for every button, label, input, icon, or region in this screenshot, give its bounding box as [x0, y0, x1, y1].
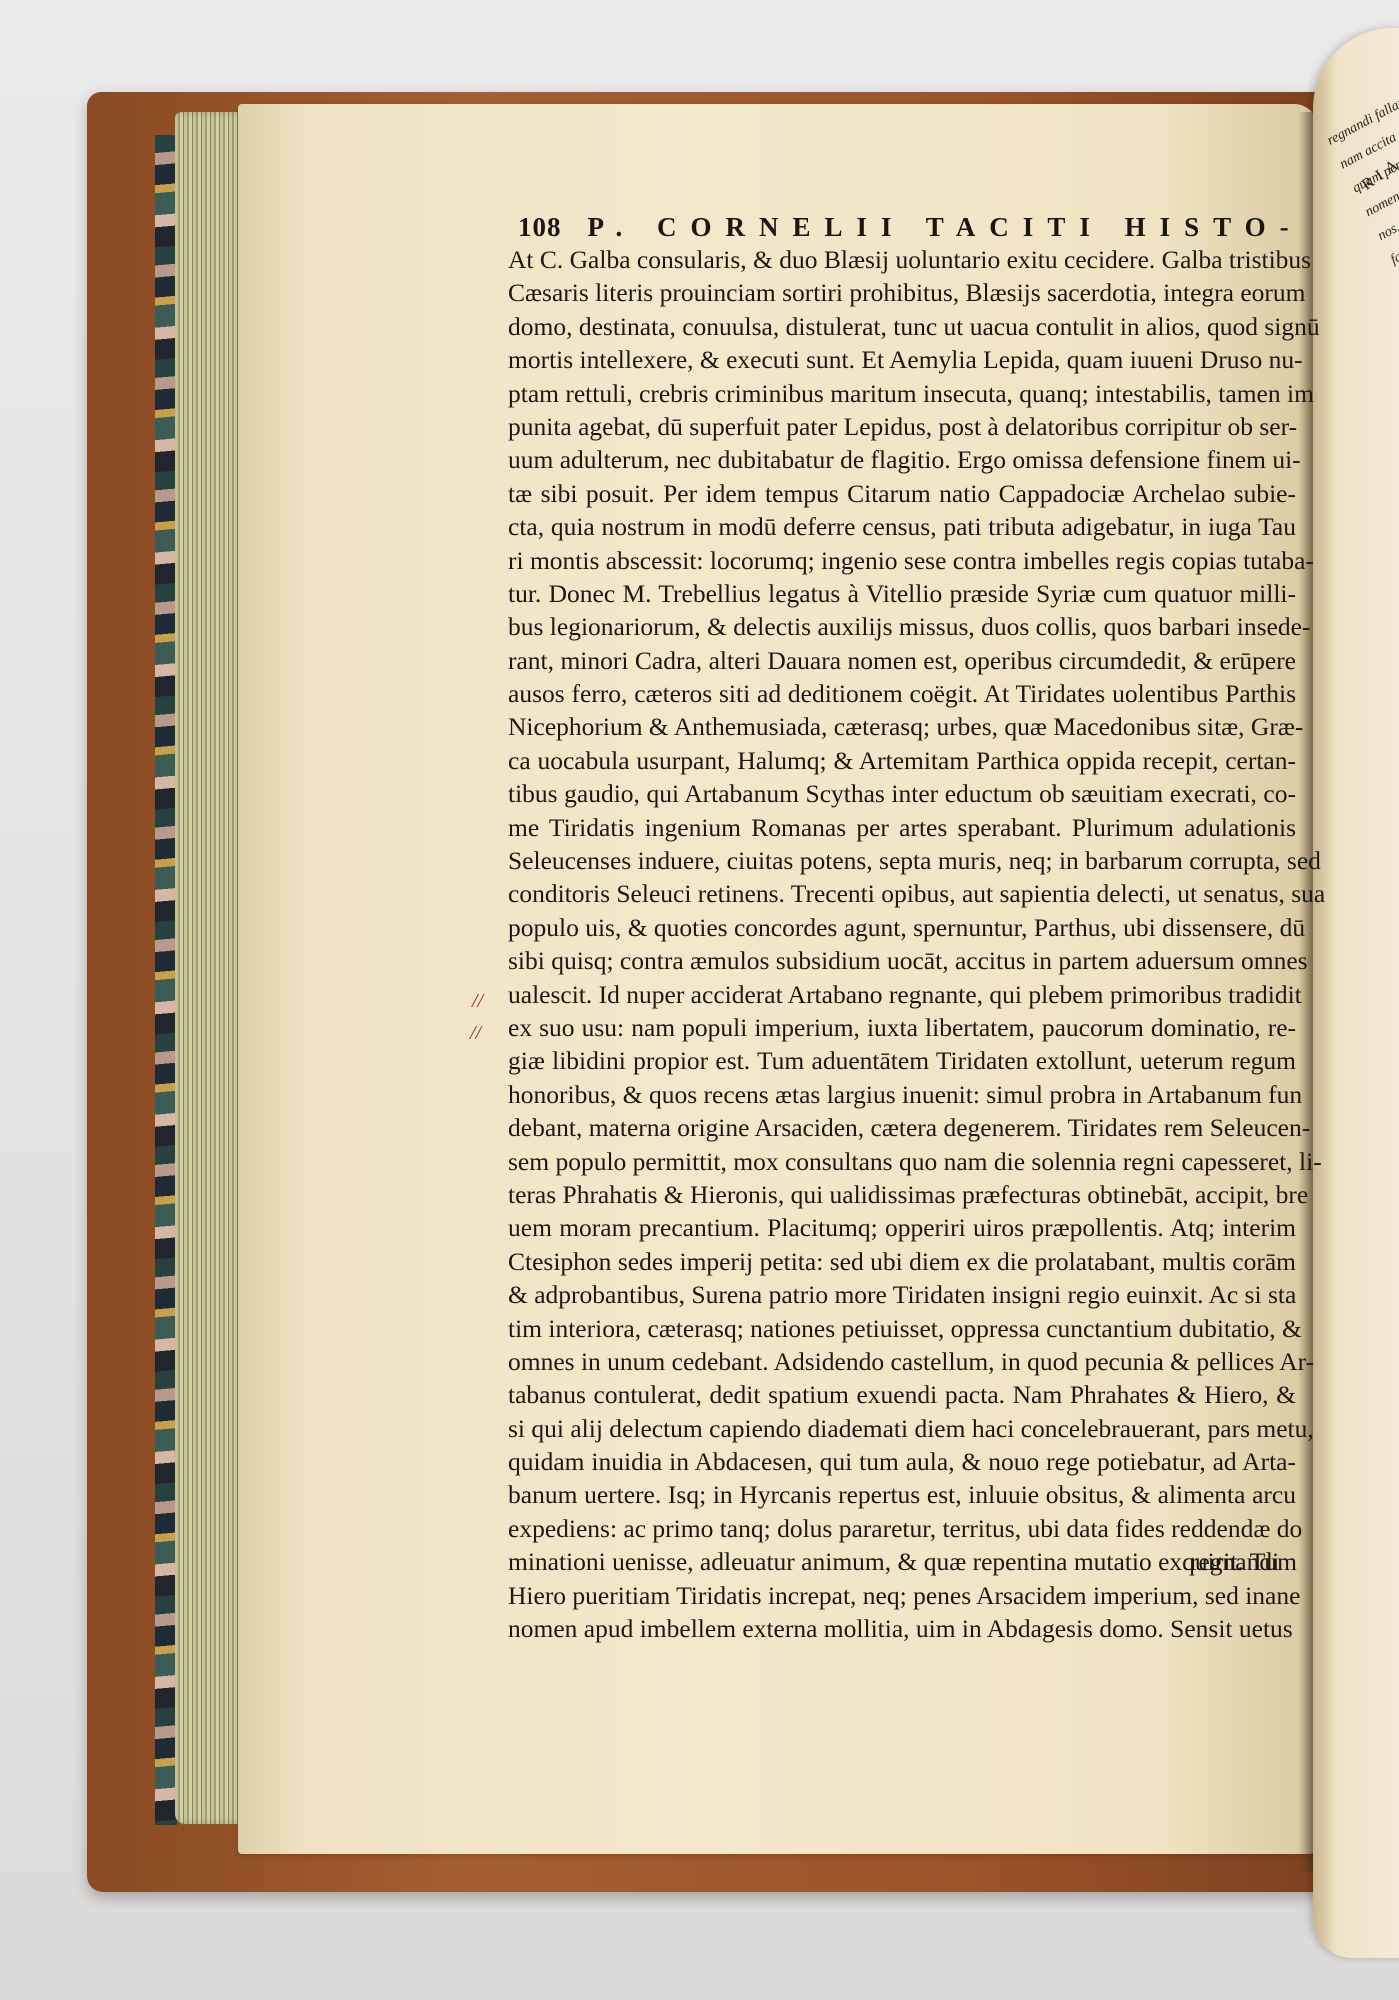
- running-head: 108P. CORNELII TACITI HISTO-: [518, 212, 1298, 243]
- text-line: ausos ferro, cæteros siti ad deditionem …: [508, 677, 1296, 710]
- text-line: banum uertere. Isq; in Hyrcanis repertus…: [508, 1478, 1296, 1511]
- text-line: Nicephorium & Anthemusiada, cæterasq; ur…: [508, 710, 1296, 743]
- text-line: conditoris Seleuci retinens. Trecenti op…: [508, 877, 1296, 910]
- text-line: me Tiridatis ingenium Romanas per artes …: [508, 811, 1296, 844]
- text-line: populo uis, & quoties concordes agunt, s…: [508, 911, 1296, 944]
- running-head-title: P. CORNELII TACITI HISTO-: [588, 212, 1303, 242]
- marbled-endpaper: [155, 135, 177, 1825]
- text-line: honoribus, & quos recens ætas largius in…: [508, 1078, 1296, 1111]
- catchword: regnandi: [1190, 1547, 1279, 1577]
- page-fore-edge: [175, 112, 245, 1824]
- text-line: sem populo permittit, mox consultans quo…: [508, 1145, 1296, 1178]
- text-line: punita agebat, dū superfuit pater Lepidu…: [508, 410, 1296, 443]
- text-line: ptam rettuli, crebris criminibus maritum…: [508, 377, 1296, 410]
- text-line: ex suo usu: nam populi imperium, iuxta l…: [508, 1011, 1296, 1044]
- text-line: rant, minori Cadra, alteri Dauara nomen …: [508, 644, 1296, 677]
- text-line: ca uocabula usurpant, Halumq; & Artemita…: [508, 744, 1296, 777]
- text-line: tæ sibi posuit. Per idem tempus Citarum …: [508, 477, 1296, 510]
- text-line: expediens: ac primo tanq; dolus pararetu…: [508, 1512, 1296, 1545]
- text-line: Ctesiphon sedes imperij petita: sed ubi …: [508, 1245, 1296, 1278]
- text-line: quidam inuidia in Abdacesen, qui tum aul…: [508, 1445, 1296, 1478]
- right-page-leaf: [1313, 28, 1399, 1958]
- text-line: tur. Donec M. Trebellius legatus à Vitel…: [508, 577, 1296, 610]
- text-line: Hiero pueritiam Tiridatis increpat, neq;…: [508, 1579, 1296, 1612]
- text-line: minationi uenisse, adleuatur animum, & q…: [508, 1545, 1296, 1578]
- text-line: mortis intellexere, & executi sunt. Et A…: [508, 343, 1296, 376]
- body-text: At C. Galba consularis, & duo Blæsij uol…: [508, 243, 1296, 1645]
- text-line: & adprobantibus, Surena patrio more Tiri…: [508, 1278, 1296, 1311]
- text-line: Seleucenses induere, ciuitas potens, sep…: [508, 844, 1296, 877]
- text-line: sibi quisq; contra æmulos subsidium uocā…: [508, 944, 1296, 977]
- text-line: si qui alij delectum capiendo diademati …: [508, 1412, 1296, 1445]
- text-line: teras Phrahatis & Hieronis, qui ualidiss…: [508, 1178, 1296, 1211]
- text-line: tim interiora, cæterasq; nationes petiui…: [508, 1312, 1296, 1345]
- text-line: At C. Galba consularis, & duo Blæsij uol…: [508, 243, 1296, 276]
- text-line: cta, quia nostrum in modū deferre census…: [508, 510, 1296, 543]
- text-line: tabanus contulerat, dedit spatium exuend…: [508, 1378, 1296, 1411]
- text-line: bus legionariorum, & delectis auxilijs m…: [508, 610, 1296, 643]
- folio-number: 108: [518, 212, 562, 242]
- margin-annotation-mark: //: [470, 1022, 481, 1045]
- text-line: giæ libidini propior est. Tum aduentātem…: [508, 1044, 1296, 1077]
- text-line: tibus gaudio, qui Artabanum Scythas inte…: [508, 777, 1296, 810]
- text-line: ri montis abscessit: locorumq; ingenio s…: [508, 544, 1296, 577]
- text-line: ualescit. Id nuper acciderat Artabano re…: [508, 978, 1296, 1011]
- text-line: domo, destinata, conuulsa, distulerat, t…: [508, 310, 1296, 343]
- text-line: omnes in unum cedebant. Adsidendo castel…: [508, 1345, 1296, 1378]
- text-line: Cæsaris literis prouinciam sortiri prohi…: [508, 276, 1296, 309]
- text-line: nomen apud imbellem externa mollitia, ui…: [508, 1612, 1296, 1645]
- text-line: debant, materna origine Arsaciden, cæter…: [508, 1111, 1296, 1144]
- text-line: uem moram precantium. Placitumq; opperir…: [508, 1211, 1296, 1244]
- text-line: uum adulterum, nec dubitabatur de flagit…: [508, 443, 1296, 476]
- margin-annotation-mark: //: [472, 990, 483, 1013]
